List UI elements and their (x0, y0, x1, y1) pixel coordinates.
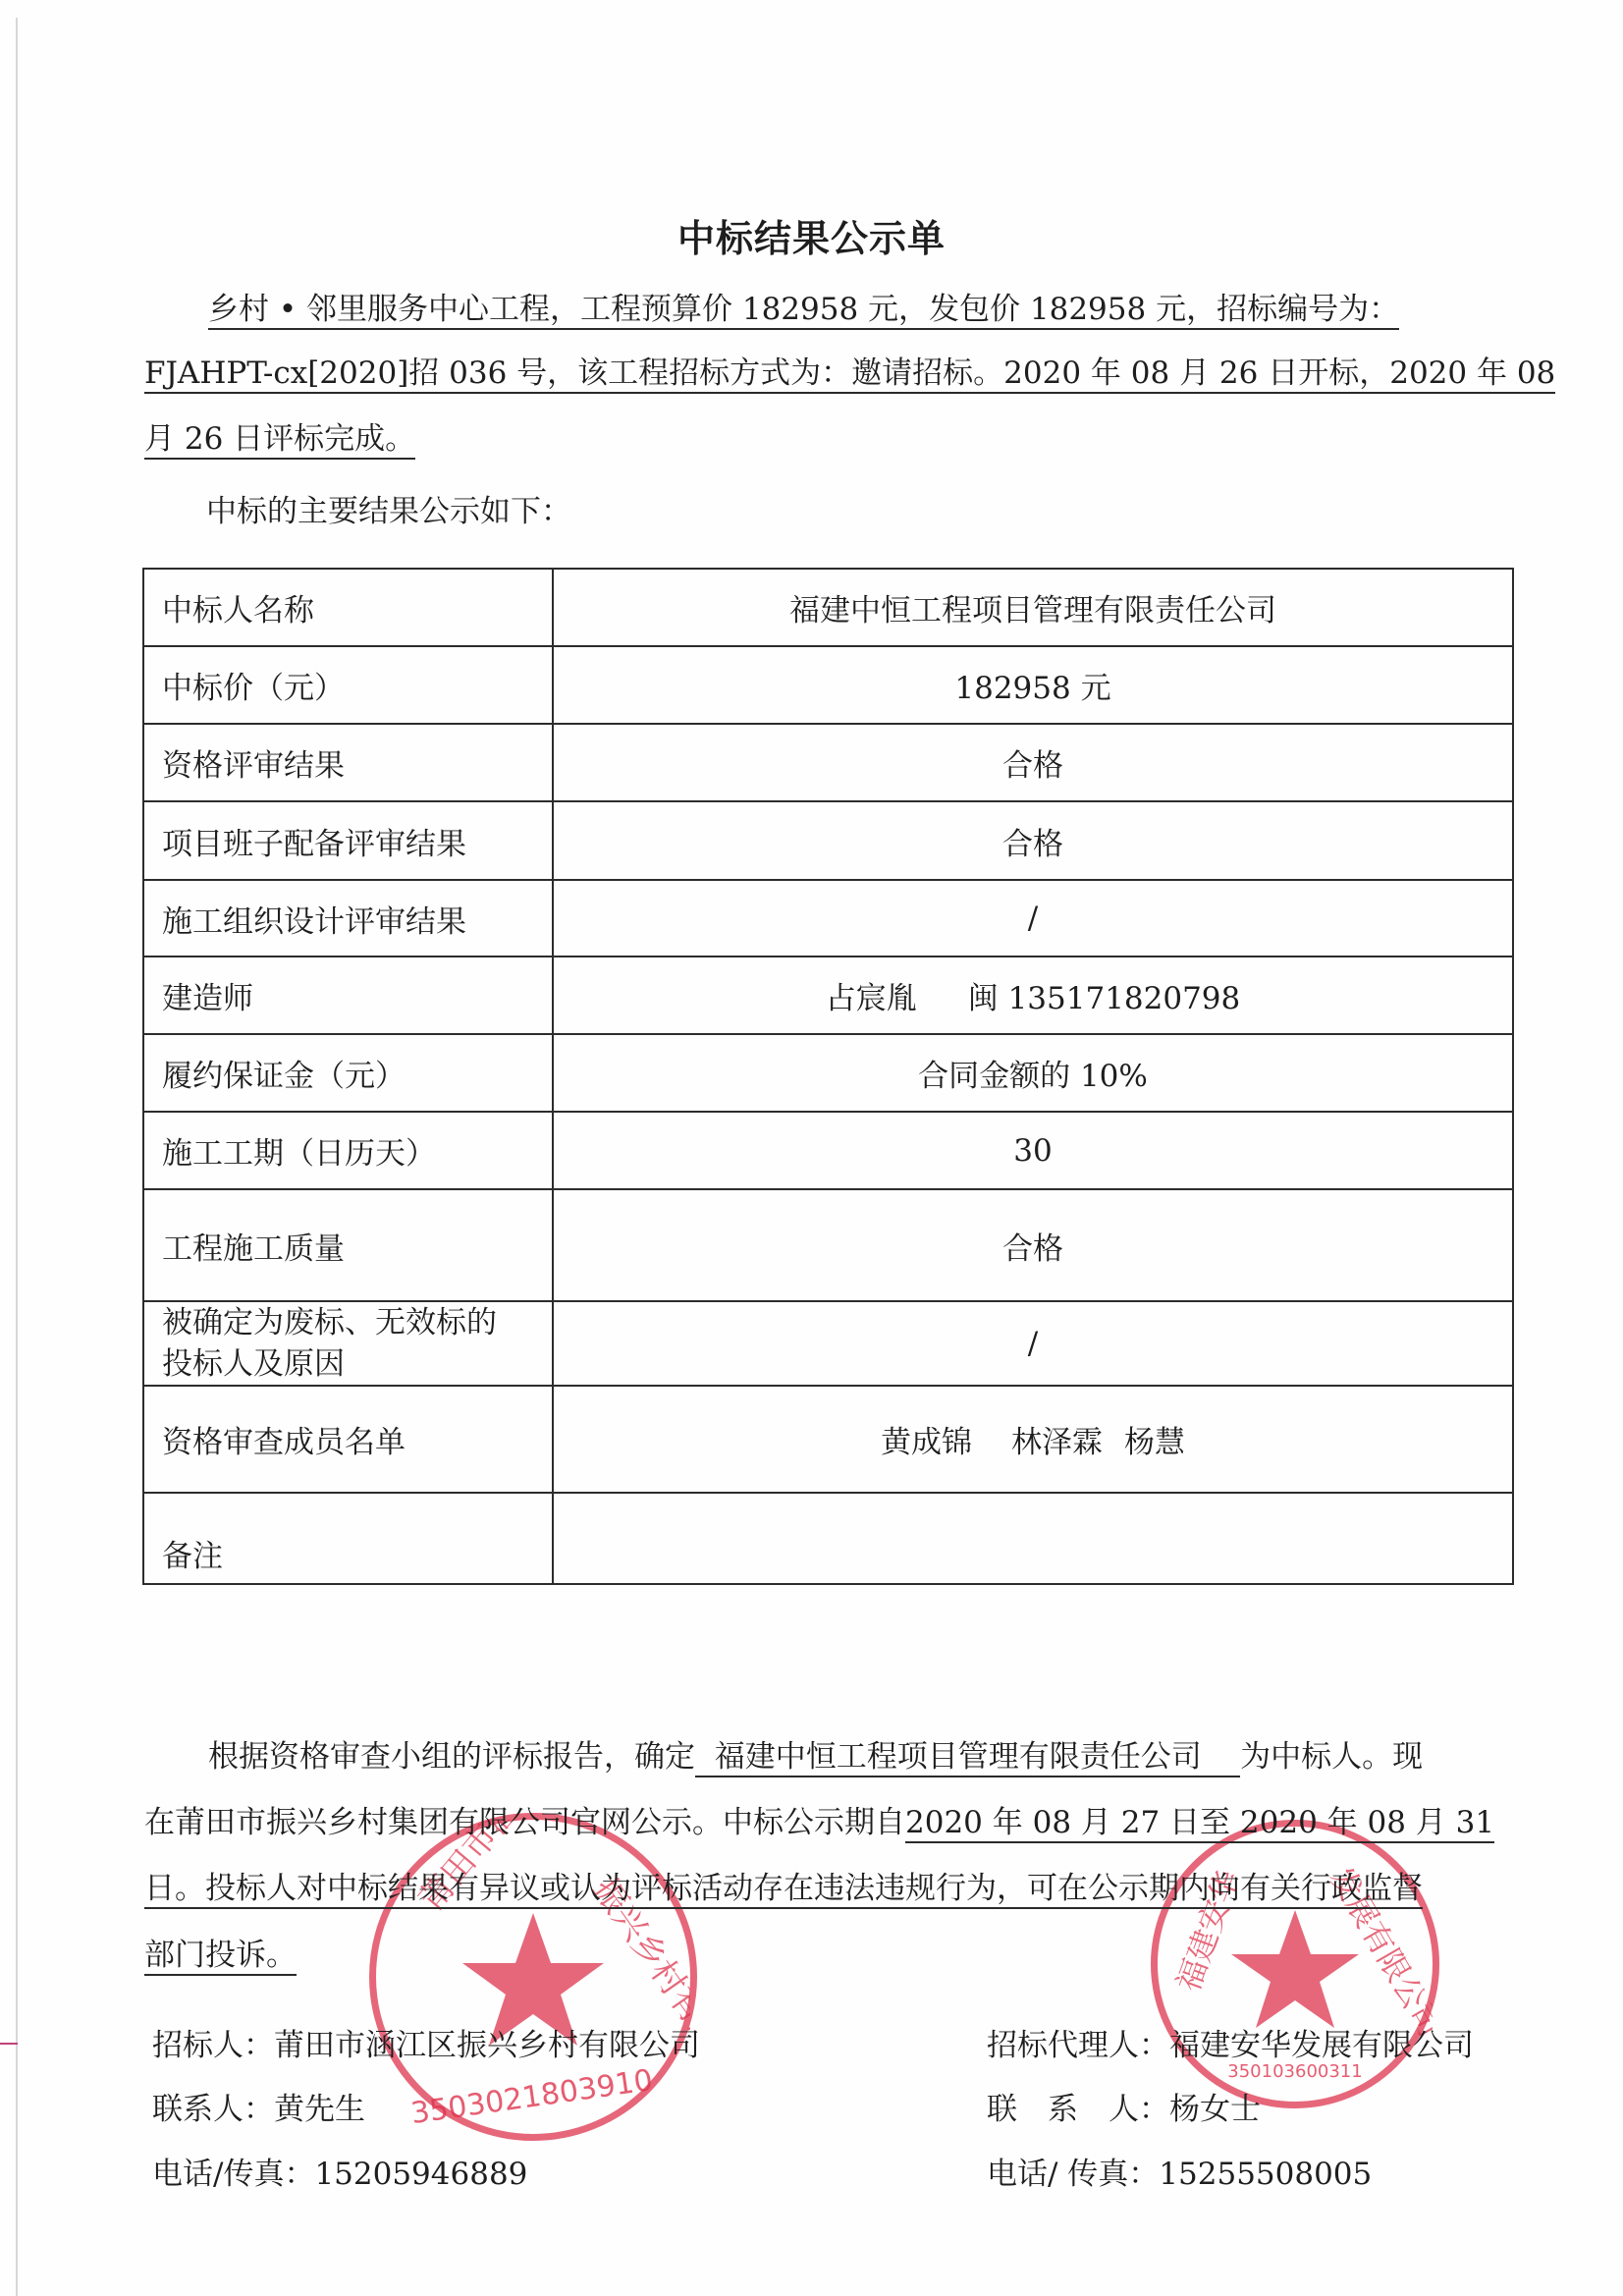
page-title: 中标结果公示单 (0, 208, 1623, 262)
row-value: 黄成锦林泽霖杨慧 (553, 1386, 1513, 1493)
row-value (553, 1493, 1513, 1584)
agent-seal: 350103600311 福建安华 发展有限公司 (1151, 1820, 1439, 2108)
row-label: 中标价（元） (143, 646, 553, 724)
table-row: 中标价（元） 182958 元 (143, 646, 1513, 724)
row-label: 备注 (143, 1493, 553, 1584)
row-label: 被确定为废标、无效标的 投标人及原因 (143, 1301, 553, 1386)
member-name: 林泽霖 (1011, 1425, 1103, 1460)
conclusion-line-4: 部门投诉。 (144, 1939, 297, 1972)
table-row: 资格评审结果 合格 (143, 724, 1513, 801)
table-row: 履约保证金（元） 合同金额的 10% (143, 1034, 1513, 1112)
table-row: 项目班子配备评审结果 合格 (143, 801, 1513, 880)
row-label: 施工工期（日历天） (143, 1112, 553, 1189)
agent-name: 招标代理人：福建安华发展有限公司 (987, 2020, 1474, 2064)
intro-line-2: FJAHPT-cx[2020]招 036 号，该工程招标方式为：邀请招标。202… (144, 356, 1514, 390)
table-row: 建造师 占宸胤闽 135171820798 (143, 957, 1513, 1034)
row-label: 资格审查成员名单 (143, 1386, 553, 1493)
conclusion-line-2: 在莆田市振兴乡村集团有限公司官网公示。中标公示期自2020 年 08 月 27 … (144, 1806, 1494, 1839)
agent-contact: 联 系 人：杨女士 (987, 2084, 1261, 2128)
row-label: 工程施工质量 (143, 1189, 553, 1301)
conclusion-line-1: 根据资格审查小组的评标报告，确定 福建中恒工程项目管理有限责任公司 为中标人。现 (208, 1740, 1423, 1774)
member-name: 黄成锦 (881, 1425, 972, 1460)
row-label: 中标人名称 (143, 569, 553, 646)
row-label: 履约保证金（元） (143, 1034, 553, 1112)
tenderer-name: 招标人：莆田市涵江区振兴乡村有限公司 (152, 2020, 700, 2064)
member-name: 杨慧 (1124, 1425, 1185, 1460)
row-value: 占宸胤闽 135171820798 (553, 957, 1513, 1034)
row-label: 项目班子配备评审结果 (143, 801, 553, 880)
svg-text:350103600311: 350103600311 (1227, 2061, 1362, 2082)
intro-line-3: 月 26 日评标完成。 (144, 422, 415, 456)
agent-phone: 电话/ 传真：15255508005 (987, 2149, 1372, 2193)
row-value: 182958 元 (553, 646, 1513, 724)
row-value: 合同金额的 10% (553, 1034, 1513, 1112)
table-row: 资格审查成员名单 黄成锦林泽霖杨慧 (143, 1386, 1513, 1493)
tenderer-phone: 电话/传真：15205946889 (152, 2149, 527, 2193)
row-label: 施工组织设计评审结果 (143, 880, 553, 957)
tenderer-seal: 3503021803910 莆田市涵江区 振兴乡村有限公司 (369, 1813, 697, 2141)
table-row: 被确定为废标、无效标的 投标人及原因 / (143, 1301, 1513, 1386)
builder-name: 占宸胤 (826, 981, 917, 1016)
table-row: 工程施工质量 合格 (143, 1189, 1513, 1301)
scan-edge-line (16, 18, 18, 2296)
row-value: 合格 (553, 801, 1513, 880)
table-row: 中标人名称 福建中恒工程项目管理有限责任公司 (143, 569, 1513, 646)
results-table: 中标人名称 福建中恒工程项目管理有限责任公司 中标价（元） 182958 元 资… (142, 568, 1514, 1585)
row-label: 资格评审结果 (143, 724, 553, 801)
results-lead: 中标的主要结果公示如下： (206, 486, 571, 530)
table-row: 施工组织设计评审结果 / (143, 880, 1513, 957)
svg-text:3503021803910: 3503021803910 (408, 2063, 655, 2131)
row-value: / (553, 1301, 1513, 1386)
row-value: 福建中恒工程项目管理有限责任公司 (553, 569, 1513, 646)
row-value: / (553, 880, 1513, 957)
row-value: 合格 (553, 724, 1513, 801)
intro-line-1: 乡村 • 邻里服务中心工程，工程预算价 182958 元，发包价 182958 … (208, 293, 1514, 326)
scan-edge-mark (0, 2043, 18, 2045)
row-value: 合格 (553, 1189, 1513, 1301)
table-row: 备注 (143, 1493, 1513, 1584)
tenderer-contact: 联系人：黄先生 (152, 2084, 365, 2128)
table-row: 施工工期（日历天） 30 (143, 1112, 1513, 1189)
publicity-period: 2020 年 08 月 27 日至 2020 年 08 月 31 (905, 1805, 1494, 1843)
builder-cert: 闽 135171820798 (968, 981, 1241, 1016)
row-label: 建造师 (143, 957, 553, 1034)
row-value: 30 (553, 1112, 1513, 1189)
winner-name: 福建中恒工程项目管理有限责任公司 (695, 1739, 1240, 1777)
conclusion-line-3: 日。投标人对中标结果有异议或认为评标活动存在违法违规行为，可在公示期内向有关行政… (144, 1872, 1423, 1905)
star-icon: 3503021803910 莆田市涵江区 振兴乡村有限公司 (376, 1820, 690, 2134)
